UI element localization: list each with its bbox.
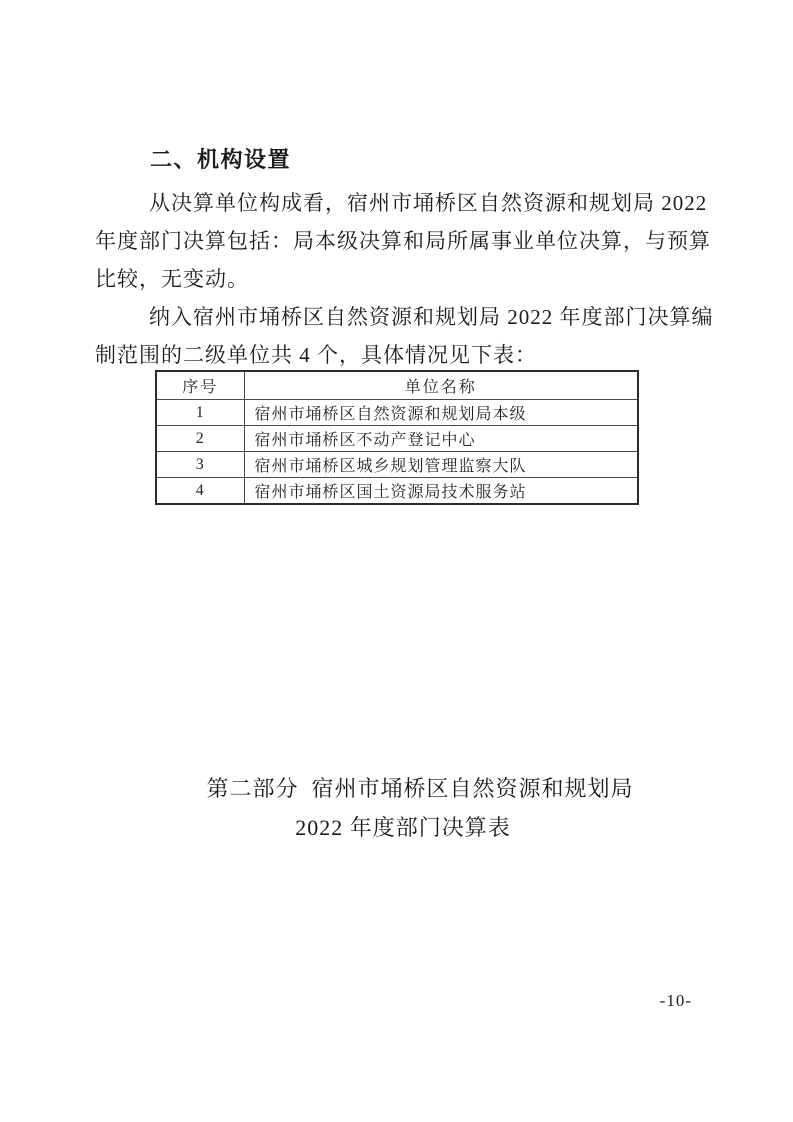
paragraph-line: 年度部门决算包括：局本级决算和局所属事业单位决算，与预算 (95, 222, 695, 260)
table-cell-index: 2 (156, 426, 244, 452)
table-cell-unit-name: 宿州市埇桥区自然资源和规划局本级 (244, 400, 638, 426)
table-cell-unit-name: 宿州市埇桥区城乡规划管理监察大队 (244, 452, 638, 478)
table-cell-unit-name: 宿州市埇桥区不动产登记中心 (244, 426, 638, 452)
table-header-row: 序号 单位名称 (156, 371, 638, 400)
table-cell-index: 4 (156, 478, 244, 505)
table-cell-index: 3 (156, 452, 244, 478)
table-header-unit-name: 单位名称 (244, 371, 638, 400)
document-page: 二、机构设置 从决算单位构成看，宿州市埇桥区自然资源和规划局 2022 年度部门… (0, 0, 793, 1122)
paragraph-line: 制范围的二级单位共 4 个，具体情况见下表： (95, 336, 695, 374)
table-cell-unit-name: 宿州市埇桥区国土资源局技术服务站 (244, 478, 638, 505)
units-table: 序号 单位名称 1 宿州市埇桥区自然资源和规划局本级 2 宿州市埇桥区不动产登记… (155, 370, 639, 505)
table-row: 1 宿州市埇桥区自然资源和规划局本级 (156, 400, 638, 426)
page-number: -10- (660, 991, 692, 1011)
paragraph-line: 比较，无变动。 (95, 260, 695, 298)
table-header-index: 序号 (156, 371, 244, 400)
paragraph-unit-scope: 纳入宿州市埇桥区自然资源和规划局 2022 年度部门决算编 制范围的二级单位共 … (95, 298, 695, 374)
paragraph-line: 纳入宿州市埇桥区自然资源和规划局 2022 年度部门决算编 (95, 298, 695, 336)
table-row: 4 宿州市埇桥区国土资源局技术服务站 (156, 478, 638, 505)
section-heading-org-setup: 二、机构设置 (95, 147, 695, 173)
paragraph-line: 从决算单位构成看，宿州市埇桥区自然资源和规划局 2022 (95, 184, 695, 222)
table-row: 2 宿州市埇桥区不动产登记中心 (156, 426, 638, 452)
part-two-heading-line1: 第二部分 宿州市埇桥区自然资源和规划局 (0, 769, 793, 809)
paragraph-budget-composition: 从决算单位构成看，宿州市埇桥区自然资源和规划局 2022 年度部门决算包括：局本… (95, 184, 695, 298)
table-row: 3 宿州市埇桥区城乡规划管理监察大队 (156, 452, 638, 478)
table-cell-index: 1 (156, 400, 244, 426)
part-two-heading-line2: 2022 年度部门决算表 (0, 808, 793, 848)
